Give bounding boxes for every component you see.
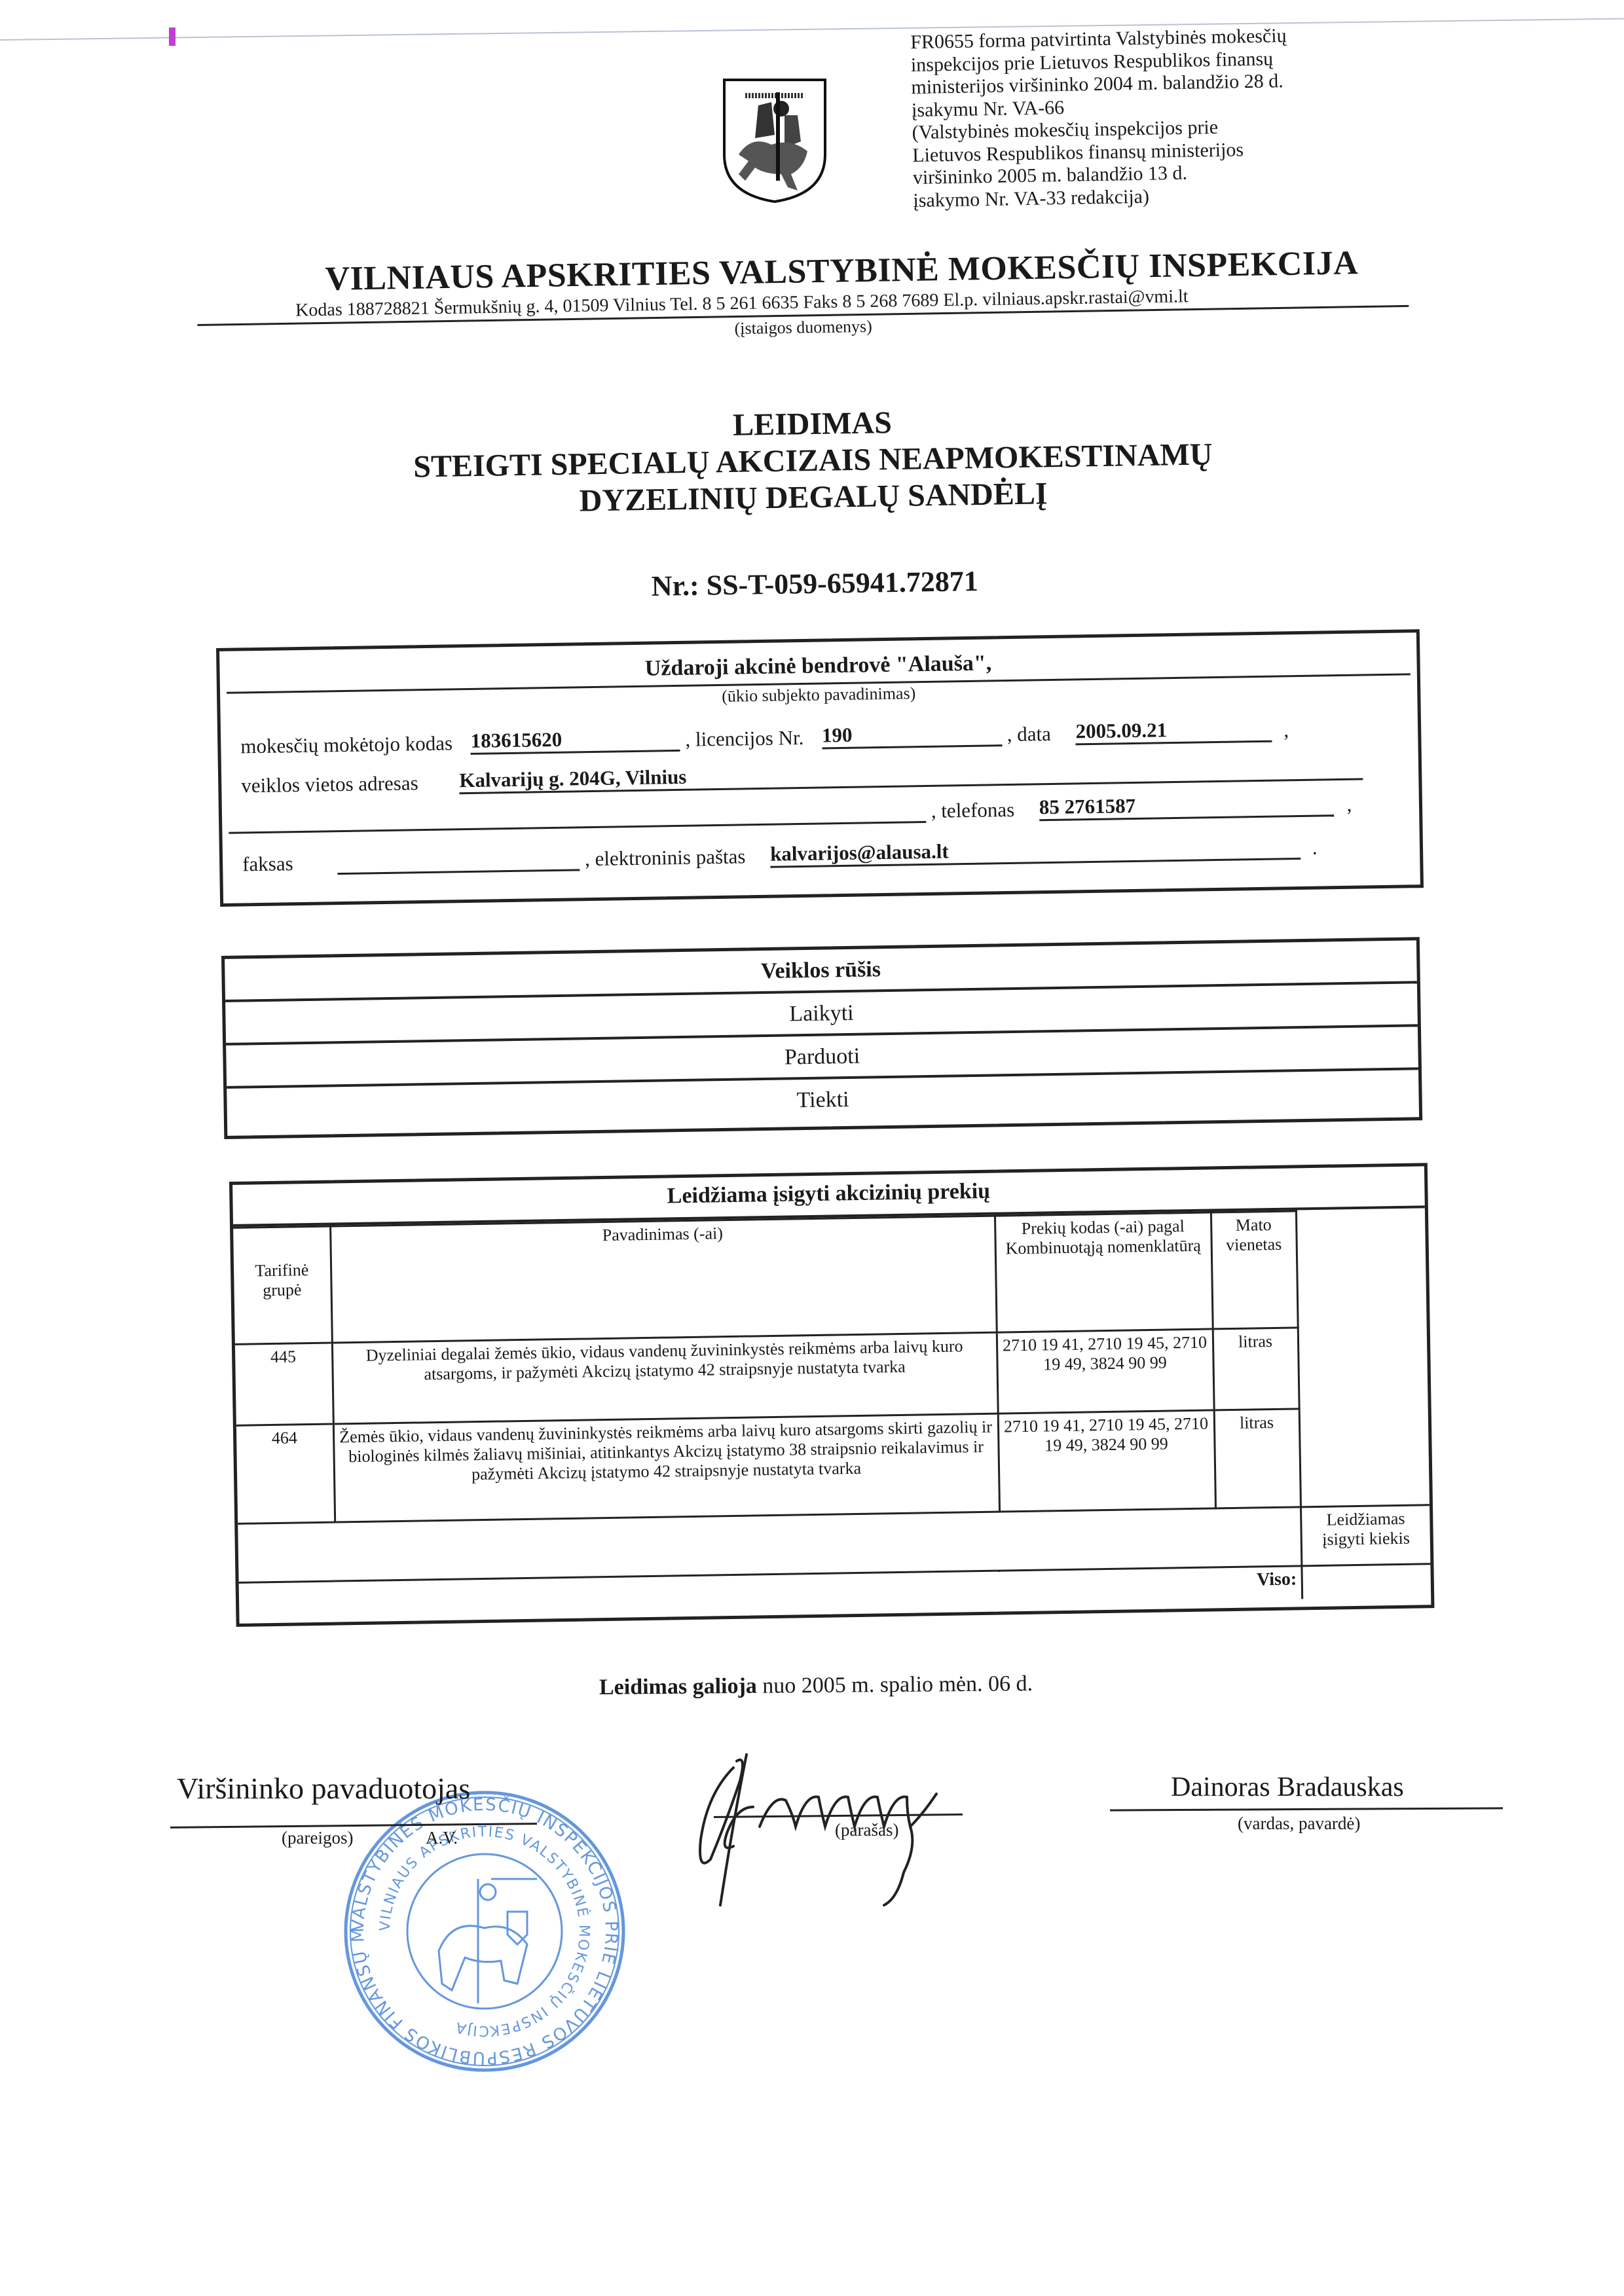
form-approval-note: FR0655 forma patvirtinta Valstybinės mok… [910, 24, 1346, 211]
cell-unit: litras [1213, 1328, 1299, 1410]
cell-unit: litras [1214, 1409, 1301, 1508]
address-field: Kalvarijų g. 204G, Vilnius [459, 755, 1363, 795]
fax-field [337, 845, 580, 875]
scan-artifact-mark [169, 27, 175, 46]
subject-name-caption: (ūkio subjekto pavadinimas) [722, 683, 915, 706]
excise-goods-table: Leidžiama įsigyti akcizinių prekių Tarif… [229, 1163, 1434, 1627]
document-title: LEIDIMAS STEIGTI SPECIALŲ AKCIZAIS NEAPM… [354, 399, 1273, 608]
period: . [1312, 836, 1318, 859]
official-seal-icon: VALSTYBINĖS MOKESČIŲ INSPEKCIJOS PRIE LI… [341, 1787, 629, 2075]
license-label: , licencijos Nr. [685, 726, 803, 751]
validity-label: Leidimas galioja [599, 1674, 757, 1700]
address-label: veiklos vietos adresas [241, 771, 418, 797]
activity-type-table: Veiklos rūšis Laikyti Parduoti Tiekti [221, 937, 1422, 1139]
date-field: 2005.09.21 [1075, 717, 1272, 746]
phone-label: , telefonas [931, 798, 1015, 822]
cell-quantity [1298, 1326, 1428, 1409]
divider [1110, 1807, 1503, 1811]
col-name: Pavadinimas (-ai) [330, 1216, 997, 1343]
institution-header: VILNIAUS APSKRITIES VALSTYBINĖ MOKESČIŲ … [196, 243, 1409, 347]
phone-field: 85 2761587 [1039, 791, 1335, 821]
validity-statement: Leidimas galioja nuo 2005 m. spalio mėn.… [599, 1671, 1033, 1700]
cell-name: Žemės ūkio, vidaus vandenų žuvininkystės… [333, 1413, 999, 1522]
goods-header-row: Tarifinė grupė Pavadinimas (-ai) Prekių … [233, 1209, 1427, 1345]
position-caption: (pareigos) [282, 1828, 353, 1848]
goods-table: Tarifinė grupė Pavadinimas (-ai) Prekių … [233, 1208, 1431, 1615]
license-number-field: 190 [822, 721, 1003, 749]
cell-tariff-group: 445 [235, 1343, 333, 1425]
signatory-position: Viršininko pavaduotojas [177, 1771, 470, 1806]
col-tariff-group: Tarifinė grupė [233, 1226, 332, 1344]
col-quantity [1296, 1209, 1427, 1328]
address-continuation-field [229, 797, 926, 834]
taxpayer-code-label: mokesčių mokėtojo kodas [240, 731, 452, 757]
scan-edge-line [0, 18, 1624, 41]
email-field: kalvarijos@alausa.lt [770, 834, 1301, 868]
cell-code: 2710 19 41, 2710 19 45, 2710 19 49, 3824… [997, 1329, 1214, 1413]
allowed-qty-label: Leidžiamas įsigyti kiekis [1301, 1505, 1430, 1566]
email-label: , elektroninis paštas [585, 845, 746, 870]
comma: , [1283, 718, 1289, 741]
signatory-name: Dainoras Bradauskas [1171, 1772, 1404, 1803]
seal-inner-text: VILNIAUS APSKRITIES VALSTYBINĖ MOKESČIŲ … [377, 1824, 592, 2039]
taxpayer-code-field: 183615620 [470, 726, 680, 755]
subject-name: Uždaroji akcinė bendrovė "Alauša", [645, 651, 992, 680]
svg-text:VILNIAUS APSKRITIES VALSTYBINĖ: VILNIAUS APSKRITIES VALSTYBINĖ MOKESČIŲ … [377, 1824, 592, 2039]
col-unit: Mato vienetas [1211, 1211, 1298, 1329]
permit-number: Nr.: SS-T-059-65941.72871 [356, 560, 1274, 608]
stamp-place-label: A.V. [426, 1828, 458, 1848]
cell-tariff-group: 464 [236, 1424, 335, 1523]
validity-date: nuo 2005 m. spalio mėn. 06 d. [757, 1671, 1033, 1698]
coat-of-arms-icon [719, 76, 830, 204]
total-value [1301, 1564, 1431, 1599]
fax-label: faksas [242, 852, 293, 875]
date-label: , data [1006, 722, 1051, 746]
table-row: 464 Žemės ūkio, vidaus vandenų žuvininky… [236, 1407, 1430, 1524]
name-caption: (vardas, pavardė) [1238, 1813, 1360, 1834]
cell-code: 2710 19 41, 2710 19 45, 2710 19 49, 3824… [998, 1410, 1215, 1512]
subject-info-box: Uždaroji akcinė bendrovė "Alauša", (ūkio… [216, 629, 1424, 907]
handwritten-signature-icon [681, 1741, 1074, 1912]
cell-quantity [1299, 1407, 1430, 1507]
comma: , [1346, 793, 1352, 816]
col-code: Prekių kodas (-ai) pagal Kombinuotąją no… [995, 1212, 1213, 1332]
cell-name: Dyzeliniai degalai žemės ūkio, vidaus va… [332, 1332, 998, 1424]
